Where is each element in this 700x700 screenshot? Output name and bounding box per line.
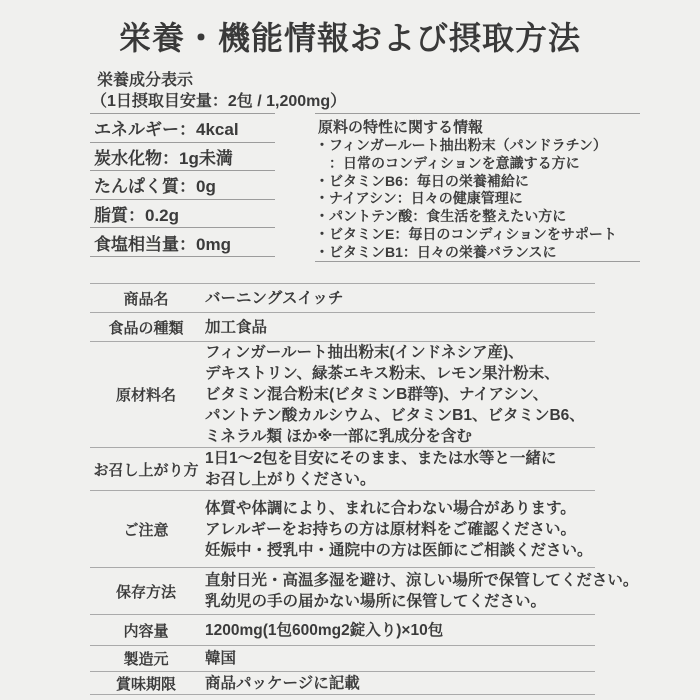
nutrition-row-protein: たんぱく質：0g xyxy=(90,171,275,200)
table-row-caution: ご注意 体質や体調により、まれに合わない場合があります。 アレルギーをお持ちの方… xyxy=(90,490,595,567)
table-row-ingredients: 原材料名 フィンガールート抽出粉末(インドネシア産)、 デキストリン、緑茶エキス… xyxy=(90,341,595,447)
row-value: 加工食品 xyxy=(202,317,595,338)
row-label: お召し上がり方 xyxy=(90,459,202,480)
row-value: 1日1～2包を目安にそのまま、または水等と一緒に お召し上がりください。 xyxy=(202,448,595,490)
ingredient-info-line: ・ビタミンB1：日々の栄養バランスに xyxy=(315,244,640,262)
nutrition-serving-note: （1日摂取目安量：2包 / 1,200mg） xyxy=(91,88,346,111)
product-spec-table: 商品名 バーニングスイッチ 食品の種類 加工食品 原材料名 フィンガールート抽出… xyxy=(90,283,595,695)
row-label: 保存方法 xyxy=(90,581,202,602)
row-label: 製造元 xyxy=(90,648,202,669)
ingredient-info-line: ・フィンガールート抽出粉末（パンドラチン） xyxy=(315,137,640,155)
row-label: 食品の種類 xyxy=(90,317,202,338)
table-row-storage: 保存方法 直射日光・高温多湿を避け、涼しい場所で保管してください。 乳幼児の手の… xyxy=(90,567,595,614)
ingredient-info-line: ・ビタミンE：毎日のコンディションをサポート xyxy=(315,226,640,244)
ingredient-info-title: 原料の特性に関する情報 xyxy=(315,119,640,137)
page-title: 栄養・機能情報および摂取方法 xyxy=(0,13,700,59)
row-label: ご注意 xyxy=(90,519,202,540)
nutrition-row-fat: 脂質：0.2g xyxy=(90,200,275,229)
table-row-food-type: 食品の種類 加工食品 xyxy=(90,312,595,341)
ingredient-info-line: ：日常のコンディションを意識する方に xyxy=(315,155,640,173)
nutrition-row-salt: 食塩相当量：0mg xyxy=(90,228,275,257)
nutrition-facts-table: エネルギー：4kcal 炭水化物：1g未満 たんぱく質：0g 脂質：0.2g 食… xyxy=(90,113,275,257)
row-label: 原材料名 xyxy=(90,384,202,405)
table-row-net-content: 内容量 1200mg(1包600mg2錠入り)×10包 xyxy=(90,614,595,645)
row-value: 韓国 xyxy=(202,648,595,669)
ingredient-characteristics-box: 原料の特性に関する情報 ・フィンガールート抽出粉末（パンドラチン） ：日常のコン… xyxy=(315,113,640,262)
row-value: 直射日光・高温多湿を避け、涼しい場所で保管してください。 乳幼児の手の届かない場… xyxy=(202,570,595,612)
row-label: 商品名 xyxy=(90,288,202,309)
row-value: 商品パッケージに記載 xyxy=(202,673,595,694)
ingredient-info-line: ・パントテン酸：食生活を整えたい方に xyxy=(315,208,640,226)
table-row-manufacturer: 製造元 韓国 xyxy=(90,645,595,671)
row-label: 賞味期限 xyxy=(90,673,202,694)
product-info-panel: 栄養・機能情報および摂取方法 栄養成分表示 （1日摂取目安量：2包 / 1,20… xyxy=(0,0,700,700)
ingredient-info-line: ・ナイアシン：日々の健康管理に xyxy=(315,190,640,208)
table-row-product-name: 商品名 バーニングスイッチ xyxy=(90,283,595,312)
row-label: 内容量 xyxy=(90,620,202,641)
table-row-best-before: 賞味期限 商品パッケージに記載 xyxy=(90,671,595,695)
nutrition-row-energy: エネルギー：4kcal xyxy=(90,114,275,143)
table-row-how-to-take: お召し上がり方 1日1～2包を目安にそのまま、または水等と一緒に お召し上がりく… xyxy=(90,447,595,490)
ingredient-info-line: ・ビタミンB6：毎日の栄養補給に xyxy=(315,173,640,191)
nutrition-facts-header: 栄養成分表示 xyxy=(97,67,193,90)
row-value: 体質や体調により、まれに合わない場合があります。 アレルギーをお持ちの方は原材料… xyxy=(202,498,595,561)
nutrition-row-carbohydrate: 炭水化物：1g未満 xyxy=(90,143,275,172)
row-value: フィンガールート抽出粉末(インドネシア産)、 デキストリン、緑茶エキス粉末、レモ… xyxy=(202,342,595,447)
row-value: バーニングスイッチ xyxy=(202,288,595,309)
row-value: 1200mg(1包600mg2錠入り)×10包 xyxy=(202,620,595,641)
